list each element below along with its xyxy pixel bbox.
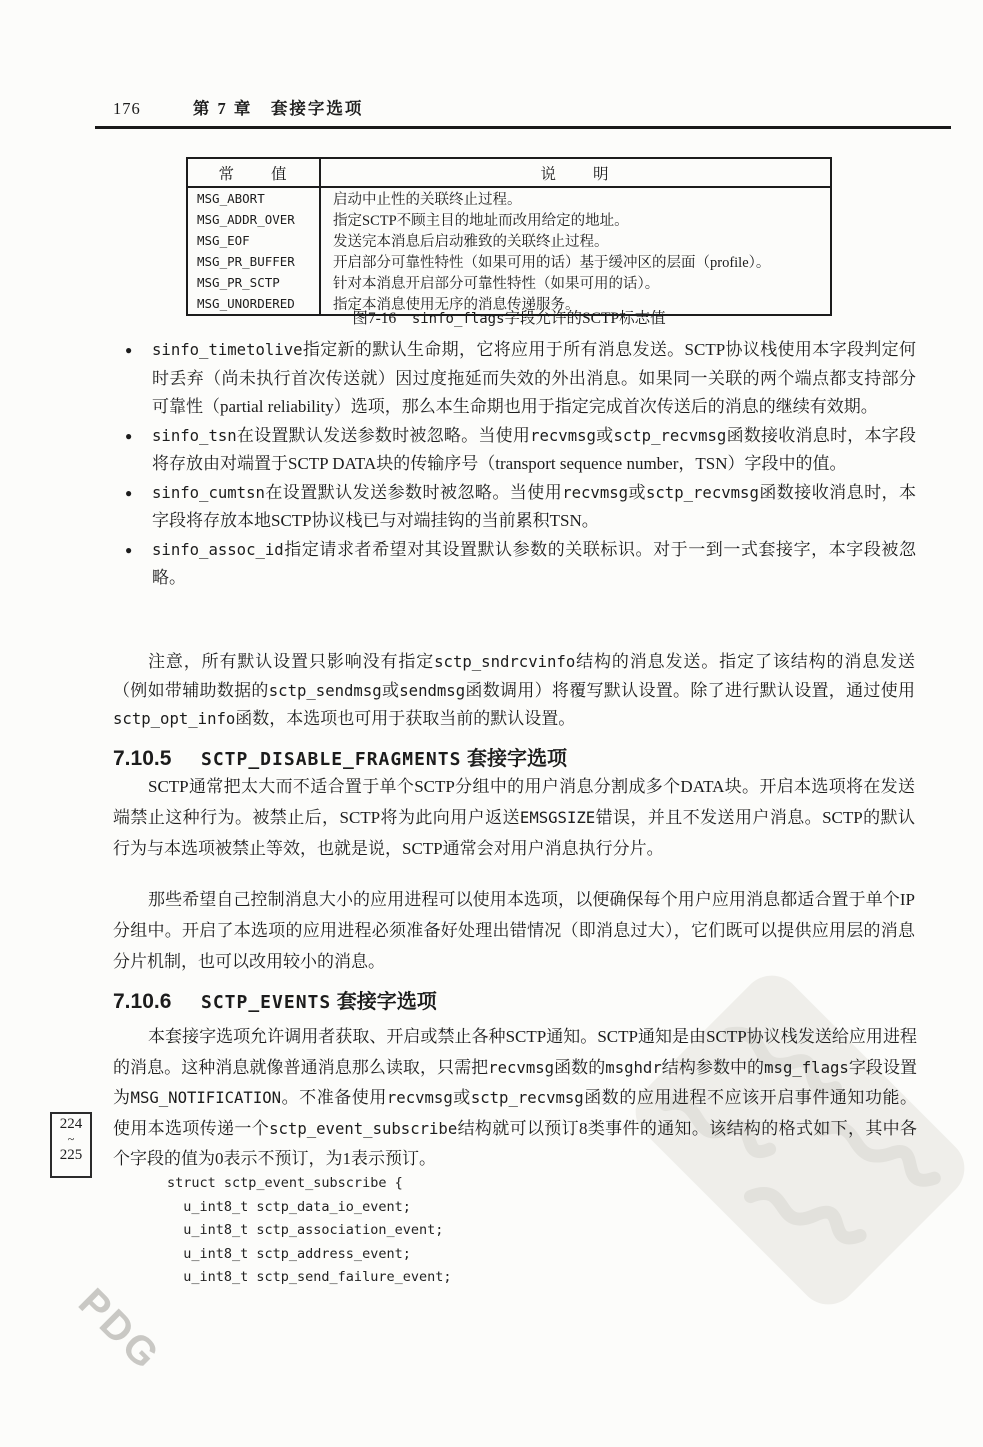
page-number: 176 — [113, 99, 141, 119]
code-line: struct sctp_event_subscribe { — [167, 1172, 451, 1196]
margin-page-range: 224 ~ 225 — [50, 1112, 92, 1178]
list-item: ● sinfo_timetolive指定新的默认生命期，它将应用于所有消息发送。… — [123, 336, 916, 422]
flag-description-cell: 发送完本消息后启动雅致的关联终止过程。 — [320, 230, 831, 251]
chapter-title: 第 7 章 套接字选项 — [193, 95, 364, 119]
sctp-flags-table: 常 值 说 明 MSG_ABORT 启动中止性的关联终止过程。 MSG_ADDR… — [186, 157, 832, 316]
code-line: u_int8_t sctp_send_failure_event; — [167, 1266, 451, 1290]
flag-description-cell: 启动中止性的关联终止过程。 — [320, 187, 831, 209]
table-body: MSG_ABORT 启动中止性的关联终止过程。 MSG_ADDR_OVER 指定… — [187, 187, 831, 315]
bullet-icon: ● — [125, 479, 132, 508]
flag-constant-cell: MSG_PR_SCTP — [187, 272, 320, 293]
margin-page-top: 224 — [52, 1114, 90, 1134]
flag-constant-cell: MSG_PR_BUFFER — [187, 251, 320, 272]
table-row: MSG_PR_SCTP 针对本消息开启部分可靠性特性（如果可用的话）。 — [187, 272, 831, 293]
flag-description-cell: 针对本消息开启部分可靠性特性（如果可用的话）。 — [320, 272, 831, 293]
margin-page-bottom: 225 — [52, 1145, 90, 1165]
flag-constant-cell: MSG_ABORT — [187, 187, 320, 209]
paragraph: 本套接字选项允许调用者获取、开启或禁止各种SCTP通知。SCTP通知是由SCTP… — [113, 1022, 917, 1175]
figure-caption: 图7-16 sinfo_flags字段允许的SCTP标志值 — [186, 306, 832, 328]
list-item: ● sinfo_cumtsn在设置默认发送参数时被忽略。当使用recvmsg或s… — [123, 479, 916, 536]
flag-constant-cell: MSG_EOF — [187, 230, 320, 251]
table-header: 常 值 说 明 — [187, 158, 831, 187]
bullet-icon: ● — [125, 336, 132, 365]
list-item: ● sinfo_tsn在设置默认发送参数时被忽略。当使用recvmsg或sctp… — [123, 422, 916, 479]
flag-description-cell: 指定SCTP不顾主目的地址而改用给定的地址。 — [320, 209, 831, 230]
margin-tilde: ~ — [52, 1134, 90, 1145]
table-row: MSG_PR_BUFFER 开启部分可靠性特性（如果可用的话）基于缓冲区的层面（… — [187, 251, 831, 272]
table-row: MSG_ABORT 启动中止性的关联终止过程。 — [187, 187, 831, 209]
running-head: 176 第 7 章 套接字选项 — [113, 95, 913, 119]
table-row: MSG_EOF 发送完本消息后启动雅致的关联终止过程。 — [187, 230, 831, 251]
code-line: u_int8_t sctp_address_event; — [167, 1243, 451, 1267]
list-item-text: sinfo_tsn在设置默认发送参数时被忽略。当使用recvmsg或sctp_r… — [152, 426, 916, 474]
bullet-list: ● sinfo_timetolive指定新的默认生命期，它将应用于所有消息发送。… — [123, 336, 916, 593]
bullet-icon: ● — [125, 536, 132, 565]
bullet-icon: ● — [125, 422, 132, 451]
section-title: SCTP_EVENTS 套接字选项 — [201, 992, 437, 1013]
section-heading-7-10-6: 7.10.6SCTP_EVENTS 套接字选项 — [113, 985, 437, 1014]
code-line: u_int8_t sctp_data_io_event; — [167, 1196, 451, 1220]
list-item: ● sinfo_assoc_id指定请求者希望对其设置默认参数的关联标识。对于一… — [123, 536, 916, 593]
list-item-text: sinfo_timetolive指定新的默认生命期，它将应用于所有消息发送。SC… — [152, 340, 916, 416]
header-rule — [95, 126, 951, 129]
column-header-constant: 常 值 — [187, 158, 320, 187]
section-number: 7.10.6 — [113, 990, 201, 1014]
book-page: PDG 176 第 7 章 套接字选项 常 值 说 明 MSG_ABORT — [0, 0, 983, 1447]
list-item-text: sinfo_cumtsn在设置默认发送参数时被忽略。当使用recvmsg或sct… — [152, 483, 916, 531]
column-header-description: 说 明 — [320, 158, 831, 187]
paragraph: SCTP通常把太大而不适合置于单个SCTP分组中的用户消息分割成多个DATA块。… — [113, 771, 915, 864]
section-title: SCTP_DISABLE_FRAGMENTS 套接字选项 — [201, 749, 567, 770]
code-block: struct sctp_event_subscribe { u_int8_t s… — [167, 1172, 451, 1290]
section-heading-7-10-5: 7.10.5SCTP_DISABLE_FRAGMENTS 套接字选项 — [113, 742, 567, 771]
list-item-text: sinfo_assoc_id指定请求者希望对其设置默认参数的关联标识。对于一到一… — [152, 540, 916, 588]
note-paragraph: 注意，所有默认设置只影响没有指定sctp_sndrcvinfo结构的消息发送。指… — [113, 648, 915, 734]
paragraph: 那些希望自己控制消息大小的应用进程可以使用本选项，以便确保每个用户应用消息都适合… — [113, 884, 915, 977]
flag-description-cell: 开启部分可靠性特性（如果可用的话）基于缓冲区的层面（profile）。 — [320, 251, 831, 272]
flag-constant-cell: MSG_ADDR_OVER — [187, 209, 320, 230]
table-row: MSG_ADDR_OVER 指定SCTP不顾主目的地址而改用给定的地址。 — [187, 209, 831, 230]
section-number: 7.10.5 — [113, 747, 201, 771]
code-line: u_int8_t sctp_association_event; — [167, 1219, 451, 1243]
